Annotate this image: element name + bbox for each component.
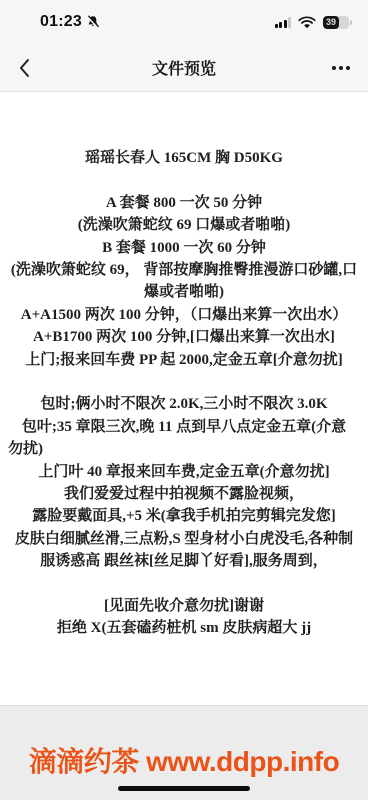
document-text: 瑶瑶长春人 165CM 胸 D50KGA 套餐 800 一次 50 分钟(洗澡吹…: [6, 147, 362, 640]
document-line: A+A1500 两次 100 分钟，（口爆出来算一次出水）: [6, 304, 362, 326]
watermark-text-cn: 滴滴约茶: [29, 746, 139, 777]
chevron-left-icon: [18, 58, 30, 78]
document-line: 包叶;35 章限三次,晚 11 点到早八点定金五章(介意: [6, 416, 362, 438]
document-line: 露脸要戴面具,+5 米(拿我手机拍完剪辑完发您]: [6, 505, 362, 527]
document-line: (洗澡吹箫蛇纹 69， 背部按摩胸推臀推漫游口砂罐,口: [6, 259, 362, 281]
wifi-icon: [298, 16, 316, 29]
document-line: (洗澡吹箫蛇纹 69 口爆或者啪啪): [6, 214, 362, 236]
phone-screen: 01:23 39: [0, 0, 368, 800]
document-line: 服诱惑高 跟丝袜[丝足脚丫好看],服务周到，: [6, 550, 362, 572]
document-line: [见面先收介意勿扰]谢谢: [6, 595, 362, 617]
document-line: B 套餐 1000 一次 60 分钟: [6, 237, 362, 259]
document-line: 上门;报来回车费 PP 起 2000,定金五章[介意勿扰]: [6, 349, 362, 371]
document-line: 皮肤白细腻丝滑,三点粉,S 型身材小白虎没毛,各种制: [6, 528, 362, 550]
battery-icon: 39: [323, 16, 352, 29]
page-title: 文件预览: [152, 56, 216, 79]
nav-bar: 文件预览: [0, 44, 368, 92]
document-preview[interactable]: 瑶瑶长春人 165CM 胸 D50KGA 套餐 800 一次 50 分钟(洗澡吹…: [0, 92, 368, 705]
document-line: 拒绝 X(五套磕药桩机 sm 皮肤病超大 jj: [6, 617, 362, 639]
document-line: 爆或者啪啪): [6, 281, 362, 303]
document-line: 上门叶 40 章报来回车费,定金五章(介意勿扰]: [6, 461, 362, 483]
cellular-signal-icon: [275, 17, 292, 28]
document-line: 勿扰): [6, 438, 362, 460]
document-line: A+B1700 两次 100 分钟,[口爆出来算一次出水]: [6, 326, 362, 348]
battery-percent: 39: [326, 18, 336, 27]
muted-bell-icon: [86, 15, 100, 29]
watermark-url[interactable]: www.ddpp.info: [146, 746, 339, 777]
status-bar: 01:23 39: [0, 0, 368, 44]
document-line: 包时;俩小时不限次 2.0K,三小时不限次 3.0K: [6, 393, 362, 415]
back-button[interactable]: [10, 44, 38, 91]
watermark-footer: 滴滴约茶 www.ddpp.info: [0, 705, 368, 800]
document-line: 我们爱爱过程中拍视频不露脸视频，: [6, 483, 362, 505]
document-line: A 套餐 800 一次 50 分钟: [6, 192, 362, 214]
home-indicator[interactable]: [118, 786, 250, 791]
clock: 01:23: [40, 13, 82, 31]
more-options-button[interactable]: [326, 44, 356, 91]
document-line: 瑶瑶长春人 165CM 胸 D50KG: [6, 147, 362, 169]
watermark: 滴滴约茶 www.ddpp.info: [0, 740, 368, 780]
ellipsis-icon: [332, 66, 336, 70]
